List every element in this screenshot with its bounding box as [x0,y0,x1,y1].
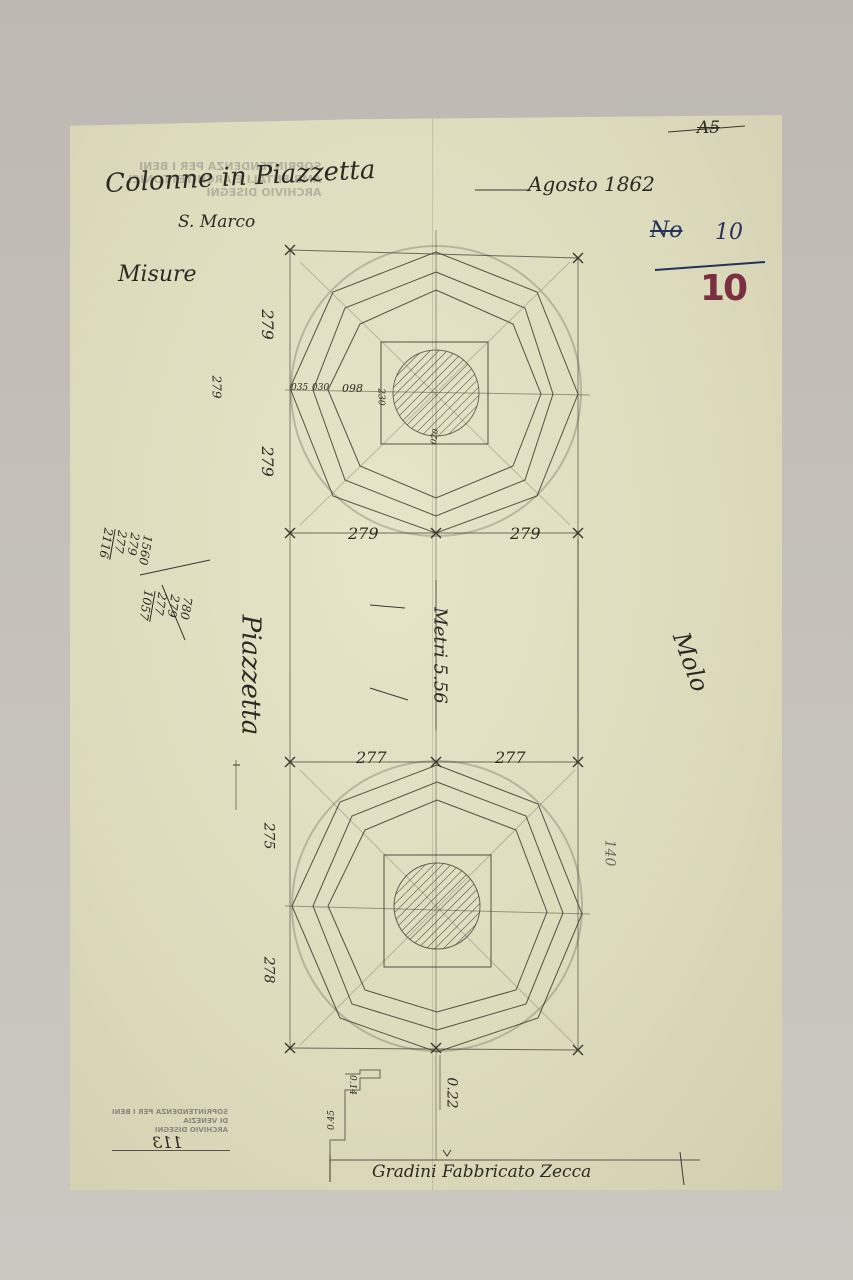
lower-dim-left-top: 275 [260,823,276,850]
upper-radius-2: 030 [312,383,329,393]
upper-radius-1: 035 [291,383,308,393]
sheet-number-old: A5 [697,118,720,138]
side-label-piazzetta: Piazzetta [235,615,265,736]
center-label: Metri 5.56 [430,607,451,703]
profile-label-bottom: 0.45 [327,1110,337,1130]
lower-dim-top-right: 277 [495,748,526,767]
date-note: Agosto 1862 [528,172,655,196]
folio-note: 10 [715,220,743,245]
profile-label-top: 0.14 [347,1075,357,1095]
lower-dim-top-left: 277 [356,748,387,767]
archive-stamp-rule [112,1150,230,1151]
upper-radius-4: 230 [376,388,386,405]
left-note: Misure [118,262,197,287]
folio-stamp: 10 [700,268,746,309]
upper-dim-bottom-right: 279 [510,524,541,543]
upper-dim-bottom-left: 279 [348,524,379,543]
lower-dim-bottom: 0.22 [444,1077,460,1108]
subtitle-note: S. Marco [178,212,255,232]
lower-dim-left-bottom: 278 [260,957,276,984]
lower-dim-right: 140 [601,840,617,867]
upper-dim-left-outer: 279 [209,376,223,399]
bottom-caption: Gradini Fabbricato Zecca [372,1162,591,1182]
folio-note-struck: No [650,218,683,243]
upper-radius-3: 098 [342,382,363,395]
upper-dim-left-bottom: 279 [258,446,277,477]
archive-stamp: SOPRINTENDENZA PER I BENI DI VENEZIA ARC… [112,1108,228,1135]
upper-dim-left-top: 279 [258,309,277,340]
